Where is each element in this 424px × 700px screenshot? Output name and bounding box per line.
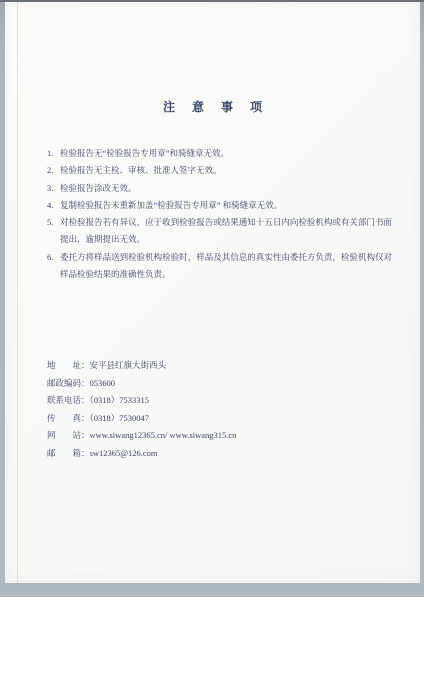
contact-label: 传 真：	[47, 413, 90, 423]
contact-address: 地 址：安平县红旗大街西头	[5, 357, 420, 375]
contact-value: （0318）7533315	[90, 395, 150, 405]
contact-label: 邮政编码：	[47, 378, 90, 388]
notice-item-number: 1.	[47, 145, 53, 162]
notice-item-text: 委托方将样品送到检验机构检验时，样品及其信息的真实性由委托方负责，检验机构仅对样…	[60, 252, 392, 279]
notice-item-number: 4.	[47, 197, 53, 214]
notice-item-number: 3.	[47, 180, 53, 197]
scanner-background: 注 意 事 项 1. 检验报告无“检验报告专用章”和骑缝章无效。 2. 检验报告…	[0, 0, 424, 597]
notice-page: 注 意 事 项 1. 检验报告无“检验报告专用章”和骑缝章无效。 2. 检验报告…	[5, 2, 420, 583]
contact-email: 邮 箱：sw12365@126.com	[5, 445, 420, 463]
notice-item-text: 复制检验报告未重新加盖“检验报告专用章” 和骑缝章无效。	[60, 200, 282, 210]
contact-value: 053600	[90, 378, 116, 388]
contact-postcode: 邮政编码：053600	[5, 375, 420, 393]
scanned-document-image: 注 意 事 项 1. 检验报告无“检验报告专用章”和骑缝章无效。 2. 检验报告…	[0, 0, 424, 700]
notice-item-text: 检验报告无主检、审核、批准人签字无效。	[60, 165, 222, 175]
contact-phone: 联系电话：（0318）7533315	[5, 392, 420, 410]
notice-list: 1. 检验报告无“检验报告专用章”和骑缝章无效。 2. 检验报告无主检、审核、批…	[5, 145, 420, 283]
contact-website: 网 站：www.siwang12365.cn/ www.siwang315.cn	[5, 427, 420, 445]
page-fold-line	[17, 2, 18, 583]
notice-item-text: 检验报告无“检验报告专用章”和骑缝章无效。	[60, 148, 229, 158]
notice-item-number: 2.	[47, 162, 53, 179]
contact-block: 地 址：安平县红旗大街西头 邮政编码：053600 联系电话：（0318）753…	[5, 357, 420, 462]
contact-label: 联系电话：	[47, 395, 90, 405]
notice-item-number: 6.	[47, 249, 53, 266]
notice-item-3: 3. 检验报告涂改无效。	[5, 180, 392, 197]
page-title: 注 意 事 项	[5, 98, 420, 115]
contact-label: 网 站：	[47, 430, 90, 440]
notice-item-text: 检验报告涂改无效。	[60, 183, 137, 193]
contact-value: （0318）7530047	[90, 413, 150, 423]
notice-item-4: 4. 复制检验报告未重新加盖“检验报告专用章” 和骑缝章无效。	[5, 197, 392, 214]
notice-item-2: 2. 检验报告无主检、审核、批准人签字无效。	[5, 162, 392, 179]
notice-item-number: 5.	[47, 214, 53, 231]
scan-top-edge	[0, 0, 424, 2]
contact-label: 邮 箱：	[47, 448, 90, 458]
contact-fax: 传 真：（0318）7530047	[5, 410, 420, 428]
contact-value: www.siwang12365.cn/ www.siwang315.cn	[90, 430, 237, 440]
notice-item-text: 对检验报告若有异议，应于收到检验报告或结果通知十五日内向检验机构或有关部门书面提…	[60, 217, 392, 244]
notice-item-1: 1. 检验报告无“检验报告专用章”和骑缝章无效。	[5, 145, 392, 162]
contact-value: 安平县红旗大街西头	[90, 360, 167, 370]
contact-value: sw12365@126.com	[90, 448, 158, 458]
notice-item-5: 5. 对检验报告若有异议，应于收到检验报告或结果通知十五日内向检验机构或有关部门…	[5, 214, 392, 249]
contact-label: 地 址：	[47, 360, 90, 370]
notice-item-6: 6. 委托方将样品送到检验机构检验时，样品及其信息的真实性由委托方负责，检验机构…	[5, 249, 392, 284]
